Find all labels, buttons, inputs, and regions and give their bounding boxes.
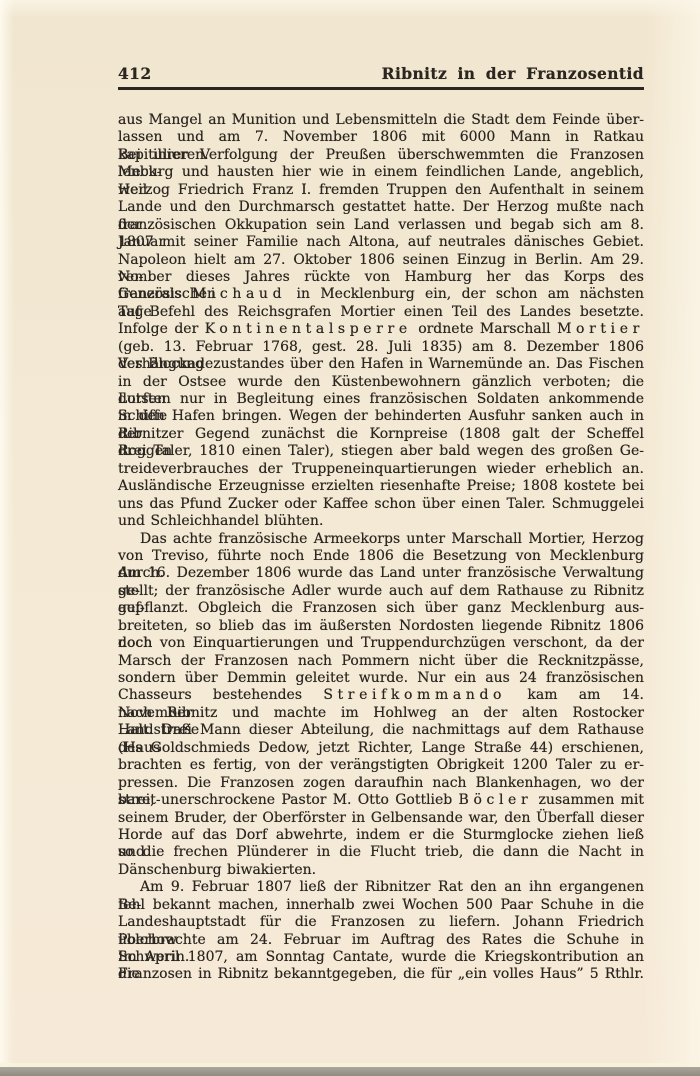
text-line: des Blockadezustandes über den Hafen in … — [118, 356, 644, 373]
text-segment: ordnete Marschall — [412, 321, 557, 337]
text-line: Napoleon hielt am 27. Oktober 1806 seine… — [118, 252, 644, 269]
text-line: aus Mangel an Munition und Lebensmitteln… — [118, 112, 644, 129]
page-content: 412 Ribnitz in der Franzosentid aus Mang… — [118, 64, 644, 984]
text-segment: zusammen mit — [532, 792, 644, 808]
text-segment: uns das Pfund Zucker oder Kaffee schon ü… — [118, 496, 644, 512]
letterspaced-emphasis: Michaud — [192, 286, 286, 302]
text-line: Am 9. Februar 1807 ließ der Ribnitzer Ra… — [118, 879, 644, 896]
text-line: Im April 1807, am Sonntag Cantate, wurde… — [118, 949, 644, 966]
text-line: treideverbrauches der Truppeneinquartier… — [118, 461, 644, 478]
text-line: Am 16. Dezember 1806 wurde das Land unte… — [118, 565, 644, 582]
text-line: (geb. 13. Februar 1768, gest. 28. Juli 1… — [118, 339, 644, 356]
text-line: fehl bekannt machen, innerhalb zwei Woch… — [118, 897, 644, 914]
text-segment: Marsch der Franzosen nach Pommern nicht … — [118, 653, 644, 669]
text-segment: Ausländische Erzeugnisse erzielten riese… — [118, 478, 644, 494]
text-line: überbrachte am 24. Februar im Auftrag de… — [118, 932, 644, 949]
page-number: 412 — [118, 64, 152, 84]
text-line: des Goldschmieds Dedow, jetzt Richter, L… — [118, 740, 644, 757]
text-segment: auf Befehl des Reichsgrafen Mortier eine… — [118, 304, 644, 320]
text-segment: seinem Bruder, der Oberförster in Gelben… — [118, 810, 644, 826]
text-line: bare, unerschrockene Pastor M. Otto Gott… — [118, 792, 644, 809]
text-segment: Das achte französische Armeekorps unter … — [140, 531, 644, 547]
letterspaced-emphasis: Streifkommando — [323, 687, 506, 703]
text-line: in der Ostsee wurde den Küstenbewohnern … — [118, 374, 644, 391]
text-line: Das achte französische Armeekorps unter … — [118, 531, 644, 548]
text-segment: des Blockadezustandes über den Hafen in … — [118, 356, 644, 372]
text-segment: treideverbrauches der Truppeneinquartier… — [118, 461, 644, 477]
page-body: aus Mangel an Munition und Lebensmitteln… — [118, 112, 644, 984]
text-line: seinem Bruder, der Oberförster in Gelben… — [118, 810, 644, 827]
page-edge-bottom-shadow — [0, 1067, 700, 1076]
text-segment: Herzog Friedrich Franz I. fremden Truppe… — [118, 182, 644, 198]
text-line: von Treviso, führte noch Ende 1806 die B… — [118, 548, 644, 565]
text-line: auf Befehl des Reichsgrafen Mortier eine… — [118, 304, 644, 321]
text-line: und Schleichhandel blühten. — [118, 513, 644, 530]
running-title: Ribnitz in der Franzosentid — [382, 64, 644, 84]
text-line: drei Taler, 1810 einen Taler), stiegen a… — [118, 443, 644, 460]
text-segment: drei Taler, 1810 einen Taler), stiegen a… — [118, 443, 644, 459]
text-line: lenburg und hausten hier wie in einem fe… — [118, 164, 644, 181]
text-line: breiteten, so blieb das im äußersten Nor… — [118, 618, 644, 635]
letterspaced-emphasis: Mortier — [557, 321, 644, 337]
text-segment: 1807 mit seiner Familie nach Altona, auf… — [118, 234, 644, 250]
running-header: 412 Ribnitz in der Franzosentid — [118, 64, 644, 84]
text-segment: und Schleichhandel blühten. — [118, 513, 323, 529]
text-line: Landeshauptstadt für die Franzosen zu li… — [118, 914, 644, 931]
text-segment: aus Mangel an Munition und Lebensmitteln… — [118, 112, 644, 128]
text-line: Franzosen in Ribnitz bekanntgegeben, die… — [118, 966, 644, 983]
paragraph: Am 9. Februar 1807 ließ der Ribnitzer Ra… — [118, 879, 644, 984]
text-line: nach Ribnitz und machte im Hohlweg an de… — [118, 705, 644, 722]
header-rule — [118, 87, 644, 90]
text-line: so die frechen Plünderer in die Flucht t… — [118, 844, 644, 861]
text-line: Horde auf das Dorf abwehrte, indem er di… — [118, 827, 644, 844]
text-line: durften nur in Begleitung eines französi… — [118, 391, 644, 408]
text-segment: Franzosen in Ribnitz bekanntgegeben, die… — [118, 966, 644, 982]
text-segment: des Goldschmieds Dedow, jetzt Richter, L… — [118, 740, 644, 756]
letterspaced-emphasis: Kontinentalsperre — [205, 321, 412, 337]
text-segment: Chasseurs bestehendes — [118, 687, 323, 703]
text-segment: Infolge der — [118, 321, 205, 337]
text-line: pressen. Die Franzosen zogen daraufhin n… — [118, 775, 644, 792]
text-line: Lande und den Durchmarsch gestattet hatt… — [118, 199, 644, 216]
text-line: Dänschenburg biwakierten. — [118, 862, 644, 879]
text-segment: brachten es fertig, von der verängstigte… — [118, 757, 644, 773]
text-line: Herzog Friedrich Franz I. fremden Truppe… — [118, 182, 644, 199]
paragraph: aus Mangel an Munition und Lebensmitteln… — [118, 112, 644, 531]
text-segment: Dänschenburg biwakierten. — [118, 862, 316, 878]
text-line: Generals Michaud in Mecklenburg ein, der… — [118, 286, 644, 303]
text-line: 1807 mit seiner Familie nach Altona, auf… — [118, 234, 644, 251]
paragraph: Das achte französische Armeekorps unter … — [118, 531, 644, 880]
text-line: stellt; der französische Adler wurde auc… — [118, 583, 644, 600]
text-line: Marsch der Franzosen nach Pommern nicht … — [118, 653, 644, 670]
text-line: brachten es fertig, von der verängstigte… — [118, 757, 644, 774]
text-line: in den Hafen bringen. Wegen der behinder… — [118, 408, 644, 425]
text-segment: so die frechen Plünderer in die Flucht t… — [118, 844, 644, 860]
text-line: lassen und am 7. November 1806 mit 6000 … — [118, 129, 644, 146]
text-segment: Generals — [118, 286, 192, 302]
text-line: Ribnitzer Gegend zunächst die Kornpreise… — [118, 426, 644, 443]
text-line: Bei ihrer Verfolgung der Preußen übersch… — [118, 147, 644, 164]
text-segment: sondern über Demmin geleitet wurde. Nur … — [118, 670, 644, 686]
letterspaced-emphasis: Böcler — [459, 792, 533, 808]
text-line: Infolge der Kontinentalsperre ordnete Ma… — [118, 321, 644, 338]
text-line: vember dieses Jahres rückte von Hamburg … — [118, 269, 644, 286]
text-segment: noch von Einquartierungen und Truppendur… — [118, 635, 644, 651]
text-line: uns das Pfund Zucker oder Kaffee schon ü… — [118, 496, 644, 513]
text-segment: fehl bekannt machen, innerhalb zwei Woch… — [118, 897, 644, 913]
text-segment: gepflanzt. Obgleich die Franzosen sich ü… — [118, 600, 644, 616]
text-line: gepflanzt. Obgleich die Franzosen sich ü… — [118, 600, 644, 617]
scanned-book-page: 412 Ribnitz in der Franzosentid aus Mang… — [0, 0, 700, 1076]
text-line: Chasseurs bestehendes Streifkommando kam… — [118, 687, 644, 704]
text-segment: bare, unerschrockene Pastor M. Otto Gott… — [118, 792, 459, 808]
text-line: Ausländische Erzeugnisse erzielten riese… — [118, 478, 644, 495]
text-line: Halt. Drei Mann dieser Abteilung, die na… — [118, 722, 644, 739]
text-line: französischen Okkupation sein Land verla… — [118, 217, 644, 234]
text-line: sondern über Demmin geleitet wurde. Nur … — [118, 670, 644, 687]
text-line: noch von Einquartierungen und Truppendur… — [118, 635, 644, 652]
